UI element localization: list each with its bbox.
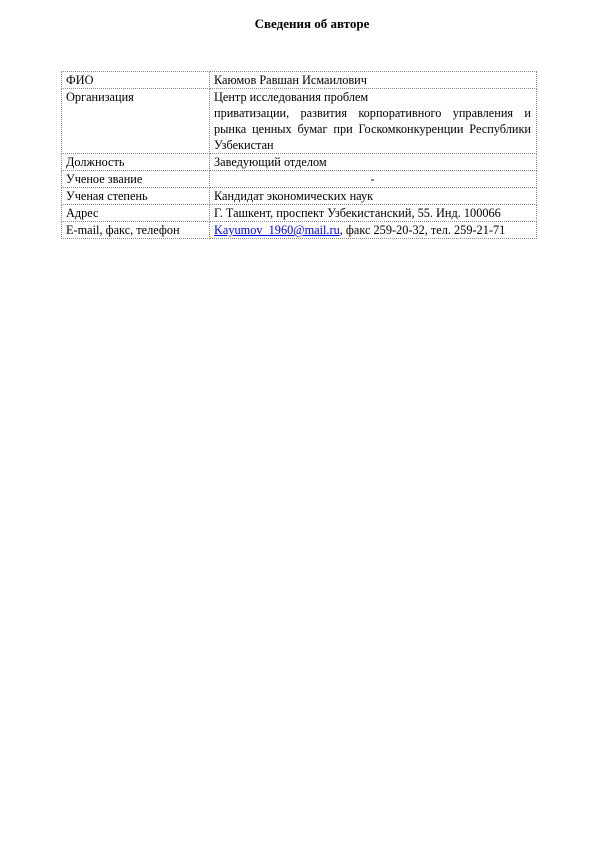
table-row: Адрес Г. Ташкент, проспект Узбекистански… xyxy=(62,205,537,222)
row-value-address: Г. Ташкент, проспект Узбекистанский, 55.… xyxy=(210,205,537,222)
organization-line-rest: приватизации, развития корпоративного уп… xyxy=(214,106,531,152)
contacts-suffix: , факс 259-20-32, тел. 259-21-71 xyxy=(340,223,506,237)
row-value-academic-degree: Кандидат экономических наук xyxy=(210,188,537,205)
row-value-fio: Каюмов Равшан Исмаилович xyxy=(210,72,537,89)
table-row: Организация Центр исследования проблемпр… xyxy=(62,89,537,154)
author-info-table: ФИО Каюмов Равшан Исмаилович Организация… xyxy=(61,71,537,239)
table-row: ФИО Каюмов Равшан Исмаилович xyxy=(62,72,537,89)
row-label-organization: Организация xyxy=(62,89,210,154)
row-label-academic-title: Ученое звание xyxy=(62,171,210,188)
row-value-position: Заведующий отделом xyxy=(210,154,537,171)
page-title: Сведения об авторе xyxy=(0,16,596,32)
row-label-position: Должность xyxy=(62,154,210,171)
email-link[interactable]: Kayumov_1960@mail.ru xyxy=(214,223,340,237)
row-label-fio: ФИО xyxy=(62,72,210,89)
row-value-academic-title: - xyxy=(210,171,537,188)
table-row: Должность Заведующий отделом xyxy=(62,154,537,171)
row-label-academic-degree: Ученая степень xyxy=(62,188,210,205)
organization-line-1: Центр исследования проблем xyxy=(214,90,368,104)
row-value-organization: Центр исследования проблемприватизации, … xyxy=(210,89,537,154)
row-value-contacts: Kayumov_1960@mail.ru, факс 259-20-32, те… xyxy=(210,222,537,239)
row-label-contacts: E-mail, факс, телефон xyxy=(62,222,210,239)
table-row: E-mail, факс, телефон Kayumov_1960@mail.… xyxy=(62,222,537,239)
row-label-address: Адрес xyxy=(62,205,210,222)
table-row: Ученое звание - xyxy=(62,171,537,188)
table-row: Ученая степень Кандидат экономических на… xyxy=(62,188,537,205)
